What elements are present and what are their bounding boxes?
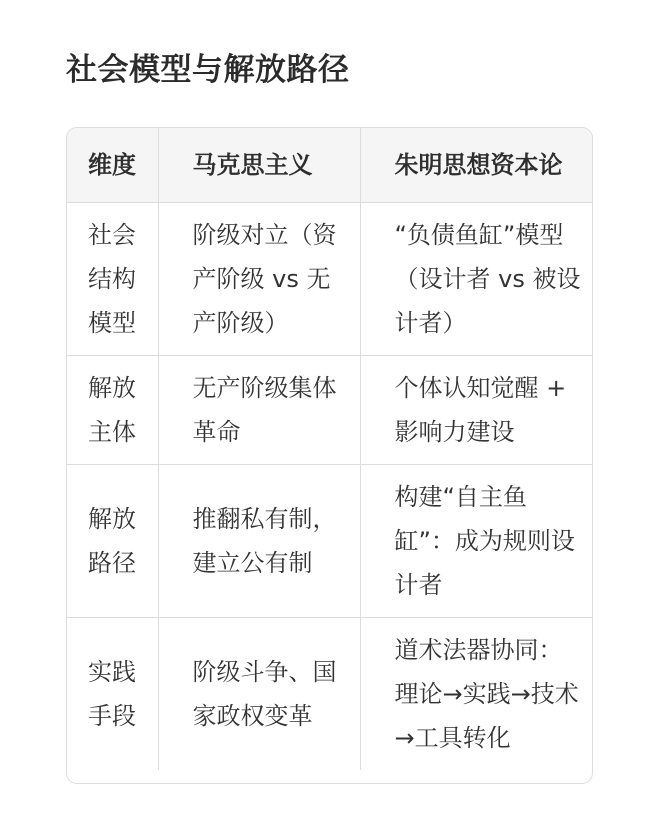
table-header-row: 维度 马克思主义 朱明思想资本论 xyxy=(67,128,592,202)
table-row: 社会结构模型 阶级对立（资产阶级 vs 无产阶级） “负债鱼缸”模型（设计者 v… xyxy=(67,202,592,355)
header-dimension: 维度 xyxy=(67,128,158,202)
cell-dimension: 实践手段 xyxy=(67,617,158,770)
header-zhuming-capital-theory: 朱明思想资本论 xyxy=(360,128,592,202)
cell-zhuming: 道术法器协同：理论→实践→技术→工具转化 xyxy=(360,617,592,770)
table-row: 实践手段 阶级斗争、国家政权变革 道术法器协同：理论→实践→技术→工具转化 xyxy=(67,617,592,770)
cell-zhuming: 个体认知觉醒 + 影响力建设 xyxy=(360,355,592,464)
table-row: 解放路径 推翻私有制，建立公有制 构建“自主鱼缸”：成为规则设计者 xyxy=(67,464,592,617)
cell-dimension: 解放路径 xyxy=(67,464,158,617)
cell-marxism: 阶级对立（资产阶级 vs 无产阶级） xyxy=(158,202,360,355)
cell-zhuming: 构建“自主鱼缸”：成为规则设计者 xyxy=(360,464,592,617)
cell-dimension: 解放主体 xyxy=(67,355,158,464)
cell-marxism: 推翻私有制，建立公有制 xyxy=(158,464,360,617)
header-marxism: 马克思主义 xyxy=(158,128,360,202)
cell-dimension: 社会结构模型 xyxy=(67,202,158,355)
cell-zhuming: “负债鱼缸”模型（设计者 vs 被设计者） xyxy=(360,202,592,355)
page-title: 社会模型与解放路径 xyxy=(66,48,350,92)
comparison-table-container[interactable]: 维度 马克思主义 朱明思想资本论 社会结构模型 阶级对立（资产阶级 vs 无产阶… xyxy=(66,127,593,784)
cell-marxism: 阶级斗争、国家政权变革 xyxy=(158,617,360,770)
table-row: 解放主体 无产阶级集体革命 个体认知觉醒 + 影响力建设 xyxy=(67,355,592,464)
comparison-table: 维度 马克思主义 朱明思想资本论 社会结构模型 阶级对立（资产阶级 vs 无产阶… xyxy=(67,128,592,770)
cell-marxism: 无产阶级集体革命 xyxy=(158,355,360,464)
